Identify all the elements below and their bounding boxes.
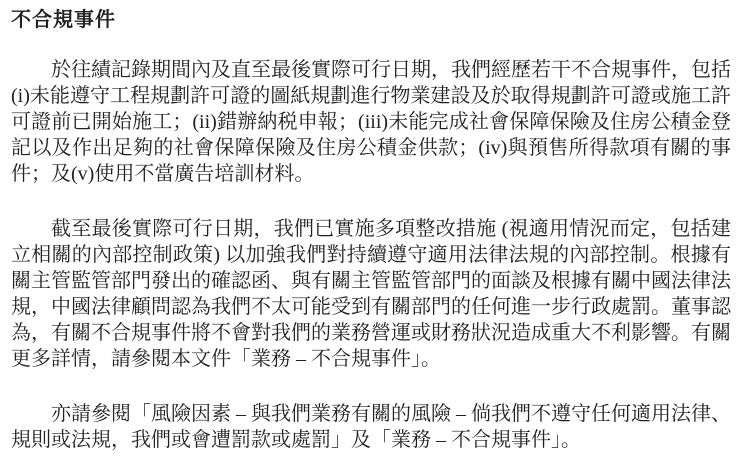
paragraph-cross-references: 亦請參閱「風險因素 – 與我們業務有關的風險 – 倘我們不遵守任何適用法律、規則… (11, 401, 731, 453)
paragraph-rectification-measures: 截至最後實際可行日期，我們已實施多項整改措施 (視適用情況而定，包括建立相關的內… (11, 216, 731, 372)
paragraph-non-compliance-incidents: 於往績記錄期間內及直至最後實際可行日期，我們經歷若干不合規事件，包括(i)未能遵… (11, 57, 731, 187)
prospectus-page: 不合規事件 於往績記錄期間內及直至最後實際可行日期，我們經歷若干不合規事件，包括… (0, 0, 742, 458)
section-heading: 不合規事件 (11, 7, 731, 34)
